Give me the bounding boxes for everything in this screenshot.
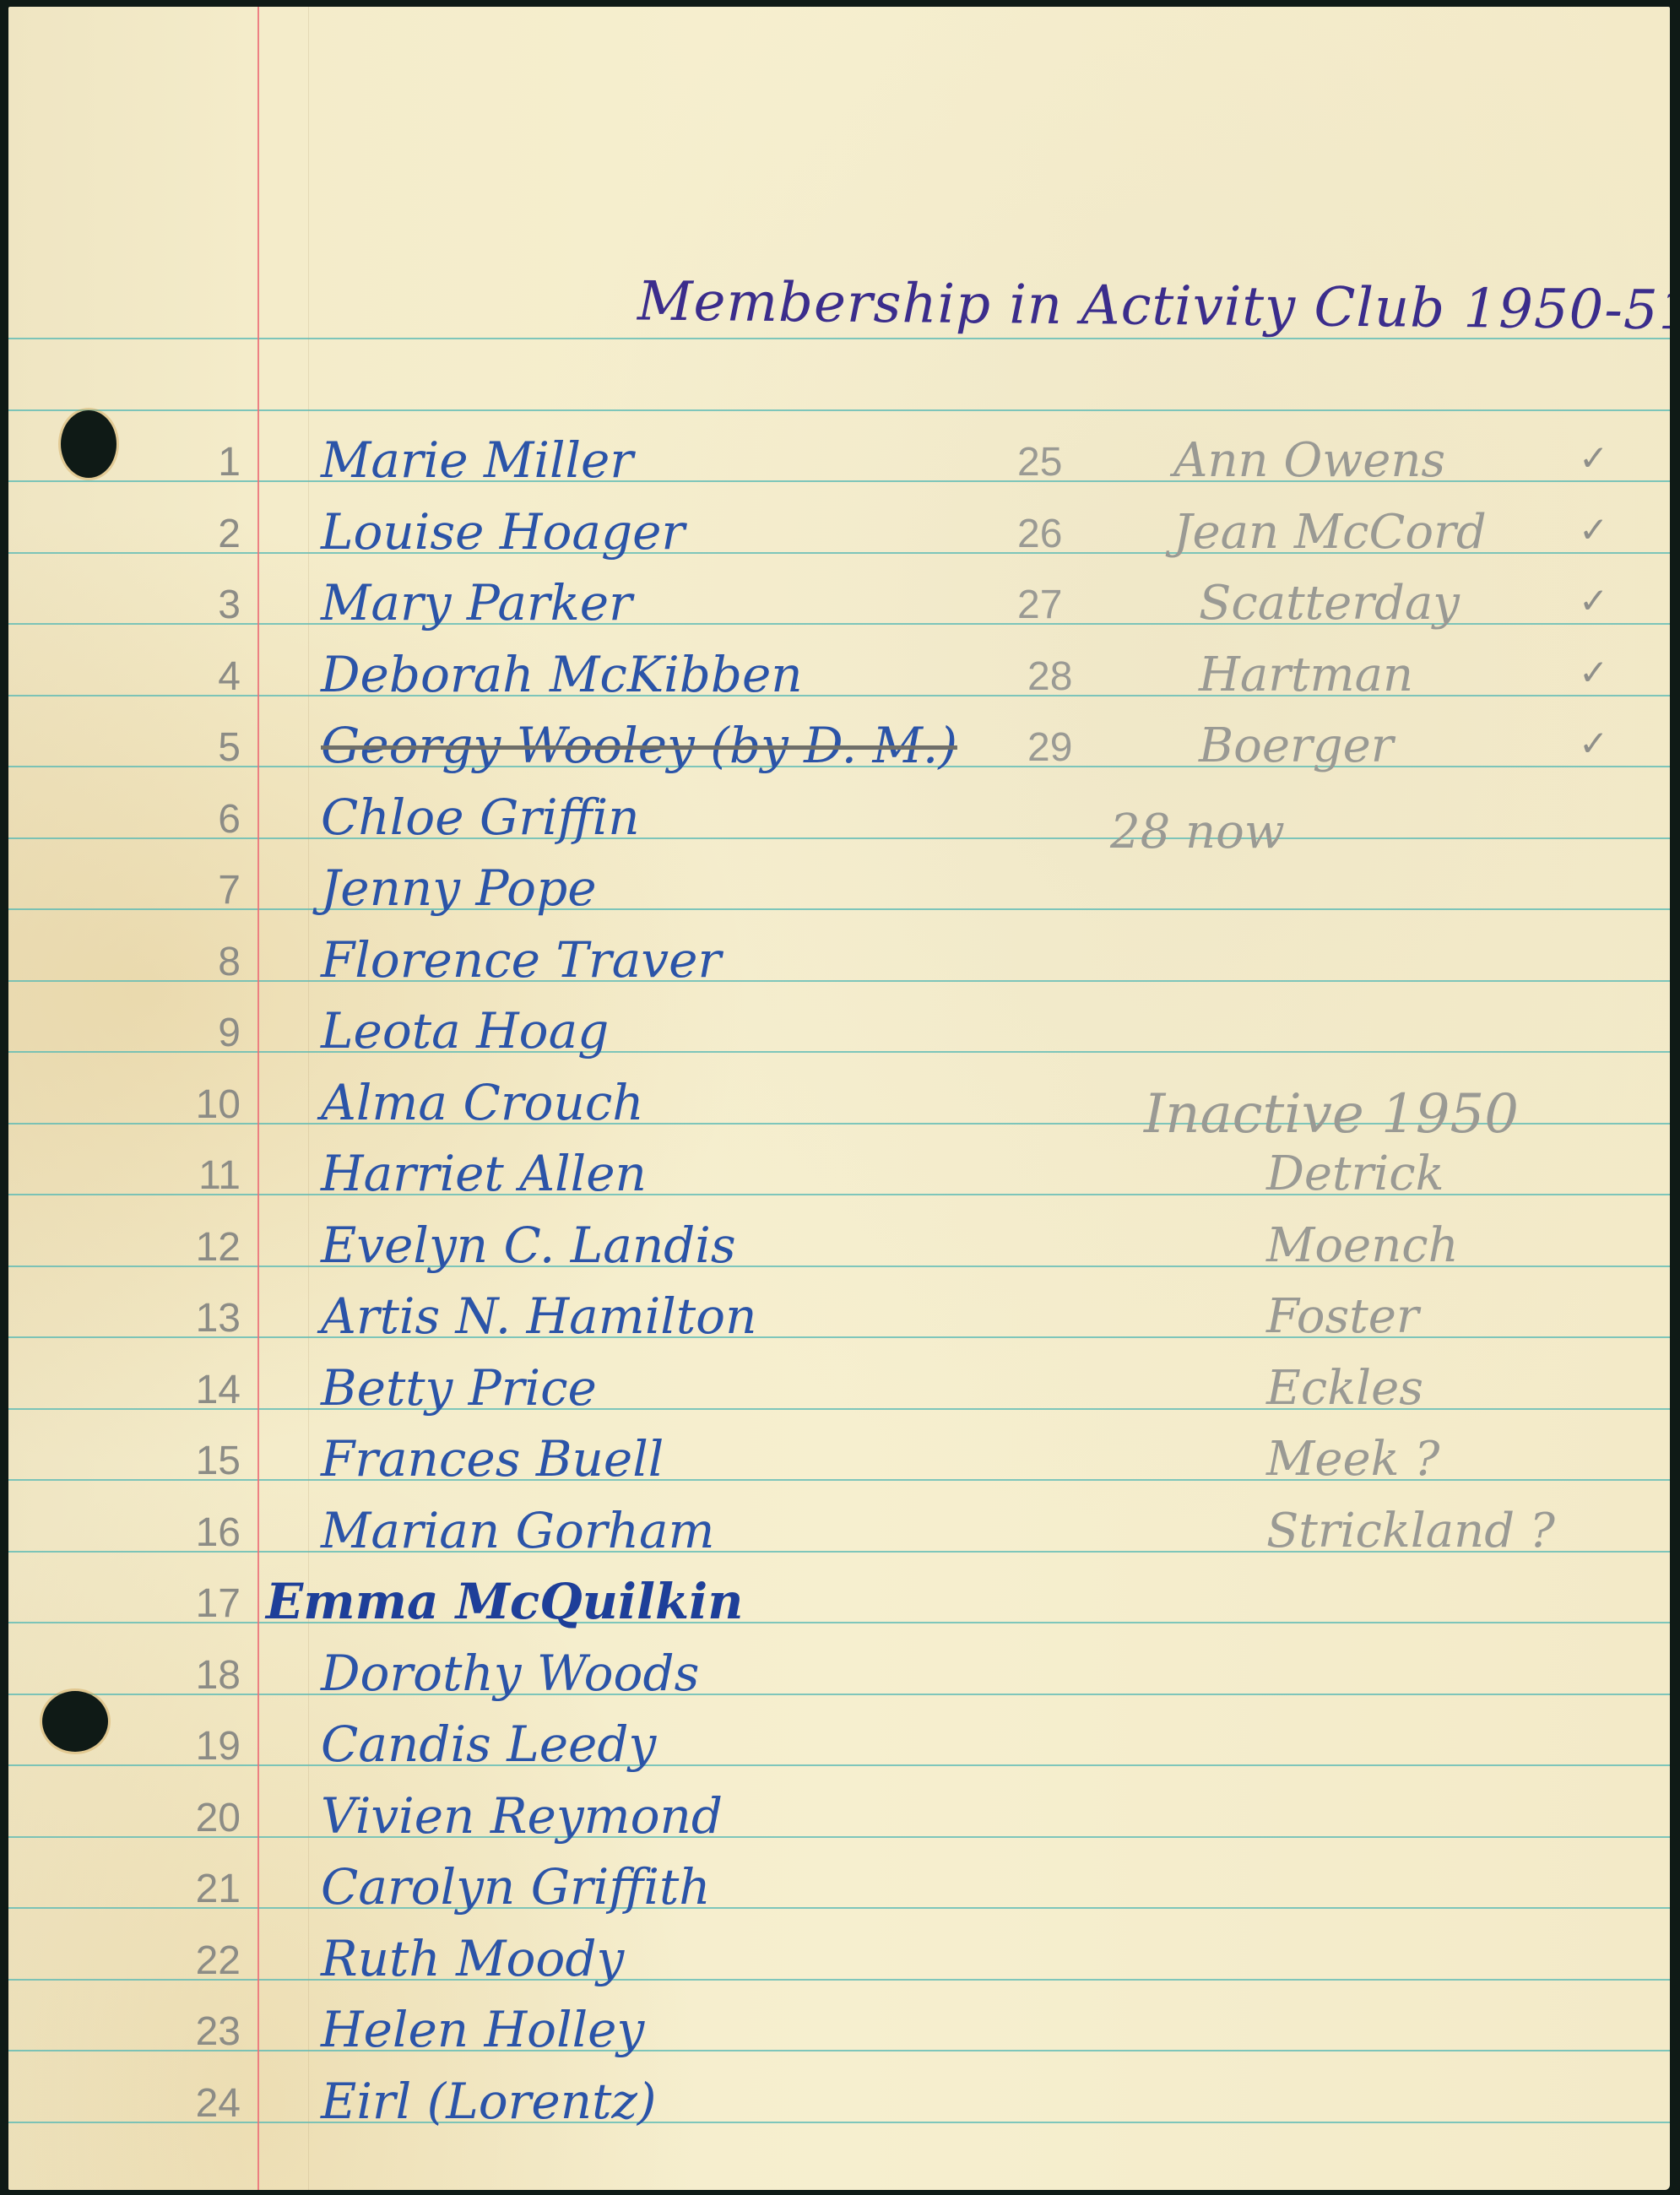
member-number: 11 xyxy=(182,1156,241,1196)
punch-hole-bottom xyxy=(42,1691,108,1752)
member-name: Helen Holley xyxy=(321,2005,644,2054)
member-number: 7 xyxy=(182,870,241,911)
member-name: Betty Price xyxy=(321,1363,597,1412)
member-number: 13 xyxy=(182,1298,241,1339)
member-number: 24 xyxy=(182,2084,241,2124)
member-number: 5 xyxy=(182,728,241,768)
member-name: Eirl (Lorentz) xyxy=(321,2077,657,2126)
punch-hole-top xyxy=(61,410,117,478)
member-name: Evelyn C. Landis xyxy=(321,1221,736,1270)
member-number: 1 xyxy=(182,442,241,483)
member-number: 17 xyxy=(182,1584,241,1624)
member-name: Frances Buell xyxy=(321,1434,664,1483)
margin-line xyxy=(257,7,259,2190)
additional-member-name: Boerger xyxy=(1199,723,1394,770)
member-name: Dorothy Woods xyxy=(321,1649,699,1698)
checkmark-icon: ✓ xyxy=(1579,441,1608,476)
member-name: Harriet Allen xyxy=(321,1149,647,1198)
inactive-member-name: Strickland ? xyxy=(1266,1508,1555,1555)
member-number: 18 xyxy=(182,1656,241,1696)
member-name: Georgy Wooley (by D. M.) xyxy=(321,721,957,770)
member-name: Marie Miller xyxy=(321,436,633,485)
member-name: Ruth Moody xyxy=(321,1934,624,1983)
member-number: 14 xyxy=(182,1370,241,1411)
inactive-heading: Inactive 1950 xyxy=(1144,1087,1519,1141)
additional-member-name: Scatterday xyxy=(1199,580,1460,627)
member-number: 19 xyxy=(182,1726,241,1767)
additional-member-number: 25 xyxy=(1017,442,1062,483)
notebook-page: Membership in Activity Club 1950-51 1Mar… xyxy=(8,7,1670,2190)
additional-member-name: Hartman xyxy=(1199,652,1413,699)
inactive-member-name: Meek ? xyxy=(1266,1436,1439,1483)
member-name: Deborah McKibben xyxy=(321,650,803,699)
member-number: 6 xyxy=(182,799,241,840)
member-number: 2 xyxy=(182,514,241,555)
member-number: 22 xyxy=(182,1941,241,1981)
member-name: Chloe Griffin xyxy=(321,793,640,842)
checkmark-icon: ✓ xyxy=(1579,655,1608,691)
member-number: 15 xyxy=(182,1441,241,1482)
member-number: 10 xyxy=(182,1085,241,1125)
member-name: Florence Traver xyxy=(321,935,721,984)
inactive-member-name: Moench xyxy=(1266,1222,1459,1270)
member-number: 9 xyxy=(182,1013,241,1054)
member-number: 8 xyxy=(182,942,241,983)
member-name: Carolyn Griffith xyxy=(321,1862,711,1911)
additional-member-number: 27 xyxy=(1017,585,1062,626)
total-note: 28 now xyxy=(1110,809,1285,856)
member-name: Mary Parker xyxy=(321,578,632,627)
inactive-member-name: Foster xyxy=(1266,1293,1419,1341)
inactive-member-name: Eckles xyxy=(1266,1365,1423,1412)
member-name: Emma McQuilkin xyxy=(266,1577,743,1626)
member-number: 12 xyxy=(182,1228,241,1268)
member-name: Candis Leedy xyxy=(321,1720,656,1769)
checkmark-icon: ✓ xyxy=(1579,512,1608,548)
member-number: 3 xyxy=(182,585,241,626)
additional-member-name: Jean McCord xyxy=(1173,509,1487,556)
member-name: Louise Hoager xyxy=(321,507,685,556)
member-name: Alma Crouch xyxy=(321,1078,644,1127)
additional-member-number: 26 xyxy=(1017,514,1062,555)
member-number: 16 xyxy=(182,1513,241,1553)
paper-fold xyxy=(308,7,309,2190)
member-number: 20 xyxy=(182,1798,241,1839)
member-name: Vivien Reymond xyxy=(321,1791,723,1840)
additional-member-number: 28 xyxy=(1027,657,1072,697)
member-number: 4 xyxy=(182,657,241,697)
member-name: Marian Gorham xyxy=(321,1506,715,1555)
member-number: 21 xyxy=(182,1869,241,1910)
member-name: Leota Hoag xyxy=(321,1006,609,1055)
member-name: Artis N. Hamilton xyxy=(321,1292,756,1341)
additional-member-number: 29 xyxy=(1027,728,1072,768)
checkmark-icon: ✓ xyxy=(1579,583,1608,619)
member-name: Jenny Pope xyxy=(321,864,597,913)
inactive-member-name: Detrick xyxy=(1266,1151,1444,1198)
checkmark-icon: ✓ xyxy=(1579,726,1608,761)
additional-member-name: Ann Owens xyxy=(1173,437,1445,485)
page-title: Membership in Activity Club 1950-51 xyxy=(637,271,1670,343)
member-number: 23 xyxy=(182,2012,241,2052)
